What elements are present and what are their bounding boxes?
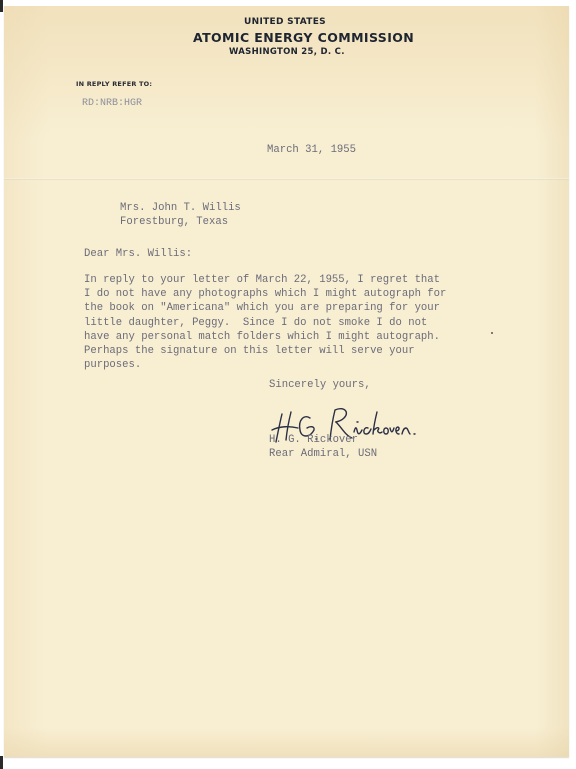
closing: Sincerely yours, <box>269 378 371 392</box>
signatory-name: H. G. Rickover <box>269 433 377 447</box>
recipient-name: Mrs. John T. Willis <box>120 201 241 215</box>
body-line: I do not have any photographs which I mi… <box>84 287 446 301</box>
reply-reference-label: IN REPLY REFER TO: <box>76 80 152 88</box>
body-line: little daughter, Peggy. Since I do not s… <box>84 316 446 330</box>
body-line: the book on "Americana" which you are pr… <box>84 301 446 315</box>
letter-page: UNITED STATES ATOMIC ENERGY COMMISSION W… <box>4 6 569 757</box>
body-line: purposes. <box>84 358 446 372</box>
body-line: Perhaps the signature on this letter wil… <box>84 344 446 358</box>
paper-speck <box>491 332 493 334</box>
signatory-block: H. G. RickoverRear Admiral, USN <box>269 433 377 461</box>
body-line: have any personal match folders which I … <box>84 330 446 344</box>
body-line: In reply to your letter of March 22, 195… <box>84 273 446 287</box>
salutation: Dear Mrs. Willis: <box>84 247 192 261</box>
letterhead-address: WASHINGTON 25, D. C. <box>229 47 345 57</box>
recipient-address: Mrs. John T. WillisForestburg, Texas <box>120 201 241 229</box>
scan-edge-mark-top <box>0 0 3 12</box>
letter-date: March 31, 1955 <box>267 143 356 157</box>
recipient-location: Forestburg, Texas <box>120 215 241 229</box>
paper-fold-crease <box>4 178 569 180</box>
letterhead-agency: ATOMIC ENERGY COMMISSION <box>193 30 414 45</box>
scan-edge-mark-bottom <box>0 756 3 769</box>
reply-reference-code: RD:NRB:HGR <box>82 97 142 111</box>
signatory-title: Rear Admiral, USN <box>269 447 377 461</box>
letter-body: In reply to your letter of March 22, 195… <box>84 273 446 372</box>
letterhead-country: UNITED STATES <box>244 17 326 27</box>
